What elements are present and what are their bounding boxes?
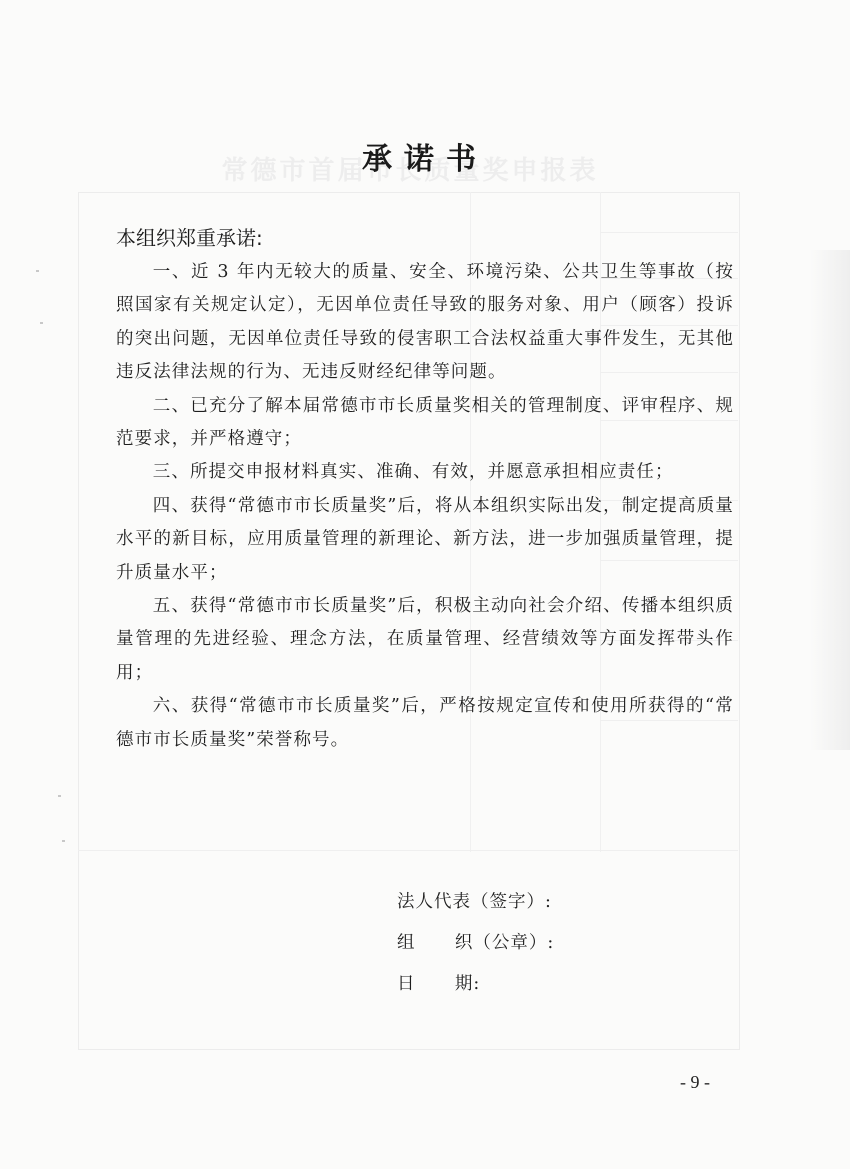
scan-edge-shadow <box>810 250 850 750</box>
bleed-through-row-line <box>78 850 738 851</box>
document-title: 承诺书 <box>0 134 850 178</box>
commitment-item-2: 二、已充分了解本届常德市市长质量奖相关的管理制度、评审程序、规范要求，并严格遵守… <box>116 390 734 457</box>
document-page: 常德市首届市长质量奖申报表 承诺书 本组织郑重承诺: 一、近 3 年内无较大的质… <box>0 0 850 1169</box>
legal-rep-signature-label: 法人代表（签字）: <box>397 882 554 923</box>
page-number: - 9 - <box>680 1072 710 1093</box>
commitment-item-5: 五、获得“常德市市长质量奖”后，积极主动向社会介绍、传播本组织质量管理的先进经验… <box>116 590 734 690</box>
intro-statement: 本组织郑重承诺: <box>116 222 263 251</box>
commitment-item-6: 六、获得“常德市市长质量奖”后，严格按规定宣传和使用所获得的“常德市市长质量奖”… <box>116 690 734 757</box>
scan-speck <box>62 840 65 842</box>
signature-block: 法人代表（签字）: 组 织（公章）: 日 期: <box>397 882 554 1005</box>
commitment-item-4: 四、获得“常德市市长质量奖”后，将从本组织实际出发，制定提高质量水平的新目标，应… <box>116 490 734 590</box>
date-label: 日 期: <box>397 964 554 1005</box>
scan-speck <box>36 270 39 272</box>
scan-speck <box>40 322 43 324</box>
scan-speck <box>58 795 61 797</box>
commitment-list: 一、近 3 年内无较大的质量、安全、环境污染、公共卫生等事故（按照国家有关规定认… <box>116 256 734 757</box>
organization-seal-label: 组 织（公章）: <box>397 923 554 964</box>
commitment-item-1: 一、近 3 年内无较大的质量、安全、环境污染、公共卫生等事故（按照国家有关规定认… <box>116 256 734 390</box>
bleed-through-row-line <box>600 232 738 233</box>
commitment-item-3: 三、所提交申报材料真实、准确、有效，并愿意承担相应责任； <box>116 456 734 489</box>
